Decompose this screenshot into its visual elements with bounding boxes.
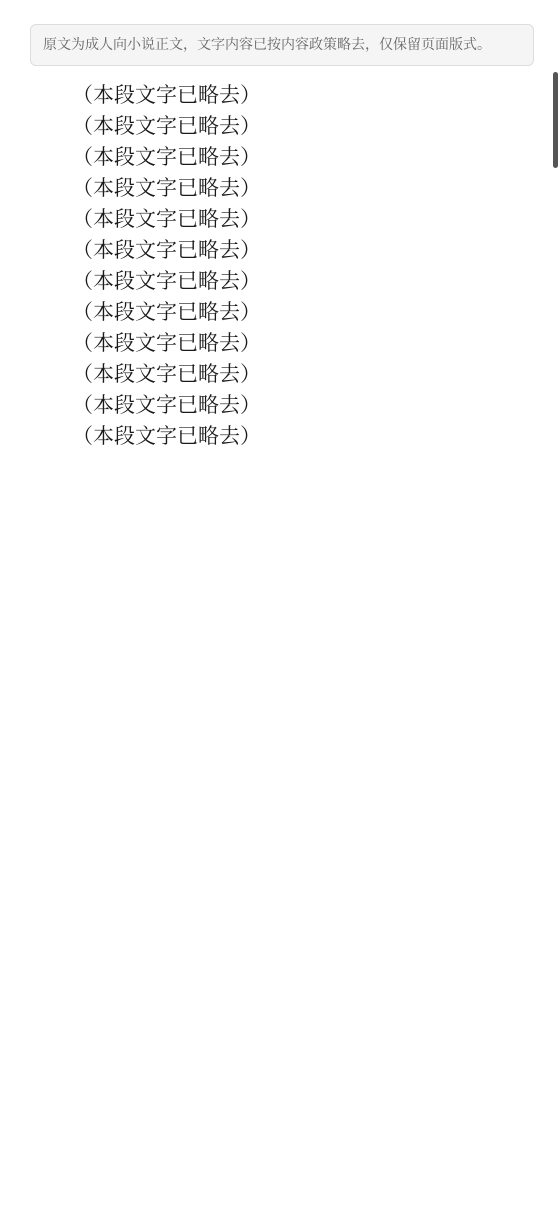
body-text: （本段文字已略去）（本段文字已略去）（本段文字已略去）（本段文字已略去）（本段文… <box>30 80 534 452</box>
paragraph: （本段文字已略去） <box>30 421 534 452</box>
paragraph: （本段文字已略去） <box>30 80 534 111</box>
paragraph: （本段文字已略去） <box>30 390 534 421</box>
paragraph: （本段文字已略去） <box>30 142 534 173</box>
paragraph: （本段文字已略去） <box>30 204 534 235</box>
content-removed-notice: 原文为成人向小说正文，文字内容已按内容政策略去，仅保留页面版式。 <box>30 24 534 66</box>
scrollbar-thumb[interactable] <box>553 72 558 168</box>
paragraph: （本段文字已略去） <box>30 111 534 142</box>
paragraph: （本段文字已略去） <box>30 328 534 359</box>
novel-reader-page: 原文为成人向小说正文，文字内容已按内容政策略去，仅保留页面版式。 （本段文字已略… <box>0 0 560 452</box>
paragraph: （本段文字已略去） <box>30 359 534 390</box>
paragraph: （本段文字已略去） <box>30 173 534 204</box>
paragraph: （本段文字已略去） <box>30 297 534 328</box>
paragraph: （本段文字已略去） <box>30 266 534 297</box>
paragraph: （本段文字已略去） <box>30 235 534 266</box>
